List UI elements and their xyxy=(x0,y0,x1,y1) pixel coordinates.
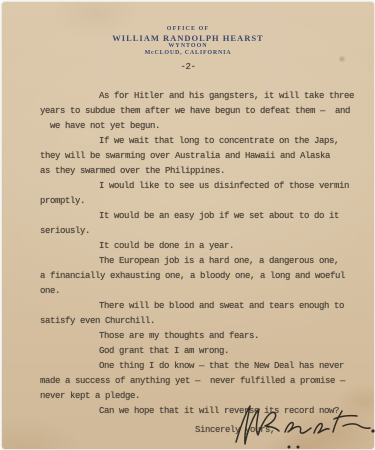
letter-line: we have not yet begun. xyxy=(40,121,370,136)
page-number: -2- xyxy=(2,62,374,72)
signature-handwriting xyxy=(230,401,375,450)
letter-line: Those are my thoughts and fears. xyxy=(40,331,370,346)
letter-line: There will be blood and sweat and tears … xyxy=(40,301,370,316)
letter-line: promptly. xyxy=(40,196,370,211)
letter-line: If we wait that long to concentrate on t… xyxy=(40,136,370,151)
letter-line: It would be an easy job if we set about … xyxy=(40,211,370,226)
letter-paper: OFFICE OF WILLIAM RANDOLPH HEARST WYNTOO… xyxy=(2,2,374,449)
letter-line: made a success of anything yet — never f… xyxy=(40,376,370,391)
letter-line: I would like to see us disinfected of th… xyxy=(40,181,370,196)
letterhead-estate: WYNTOON xyxy=(2,43,374,50)
letter-line: seriously. xyxy=(40,226,370,241)
letter-line: The European job is a hard one, a danger… xyxy=(40,256,370,271)
letterhead-office-line: OFFICE OF xyxy=(2,25,374,33)
letterhead: OFFICE OF WILLIAM RANDOLPH HEARST WYNTOO… xyxy=(2,25,374,57)
letter-line: One thing I do know — that the New Deal … xyxy=(40,361,370,376)
letter-line: as they swarmed over the Philippines. xyxy=(40,166,370,181)
letter-line: a financially exhausting one, a bloody o… xyxy=(40,271,370,286)
letterhead-name: WILLIAM RANDOLPH HEARST xyxy=(2,33,374,43)
letter-body: As for Hitler and his gangsters, it will… xyxy=(40,91,370,421)
letter-line: satisfy even Churchill. xyxy=(40,316,370,331)
letterhead-city: McCLOUD, CALIFORNIA xyxy=(2,50,374,57)
letter-line: one. xyxy=(40,286,370,301)
letter-line: It could be done in a year. xyxy=(40,241,370,256)
letter-line: years to subdue them after we have begun… xyxy=(40,106,370,121)
letter-line: God grant that I am wrong. xyxy=(40,346,370,361)
letter-line: they will be swarming over Australia and… xyxy=(40,151,370,166)
letter-line: As for Hitler and his gangsters, it will… xyxy=(40,91,370,106)
